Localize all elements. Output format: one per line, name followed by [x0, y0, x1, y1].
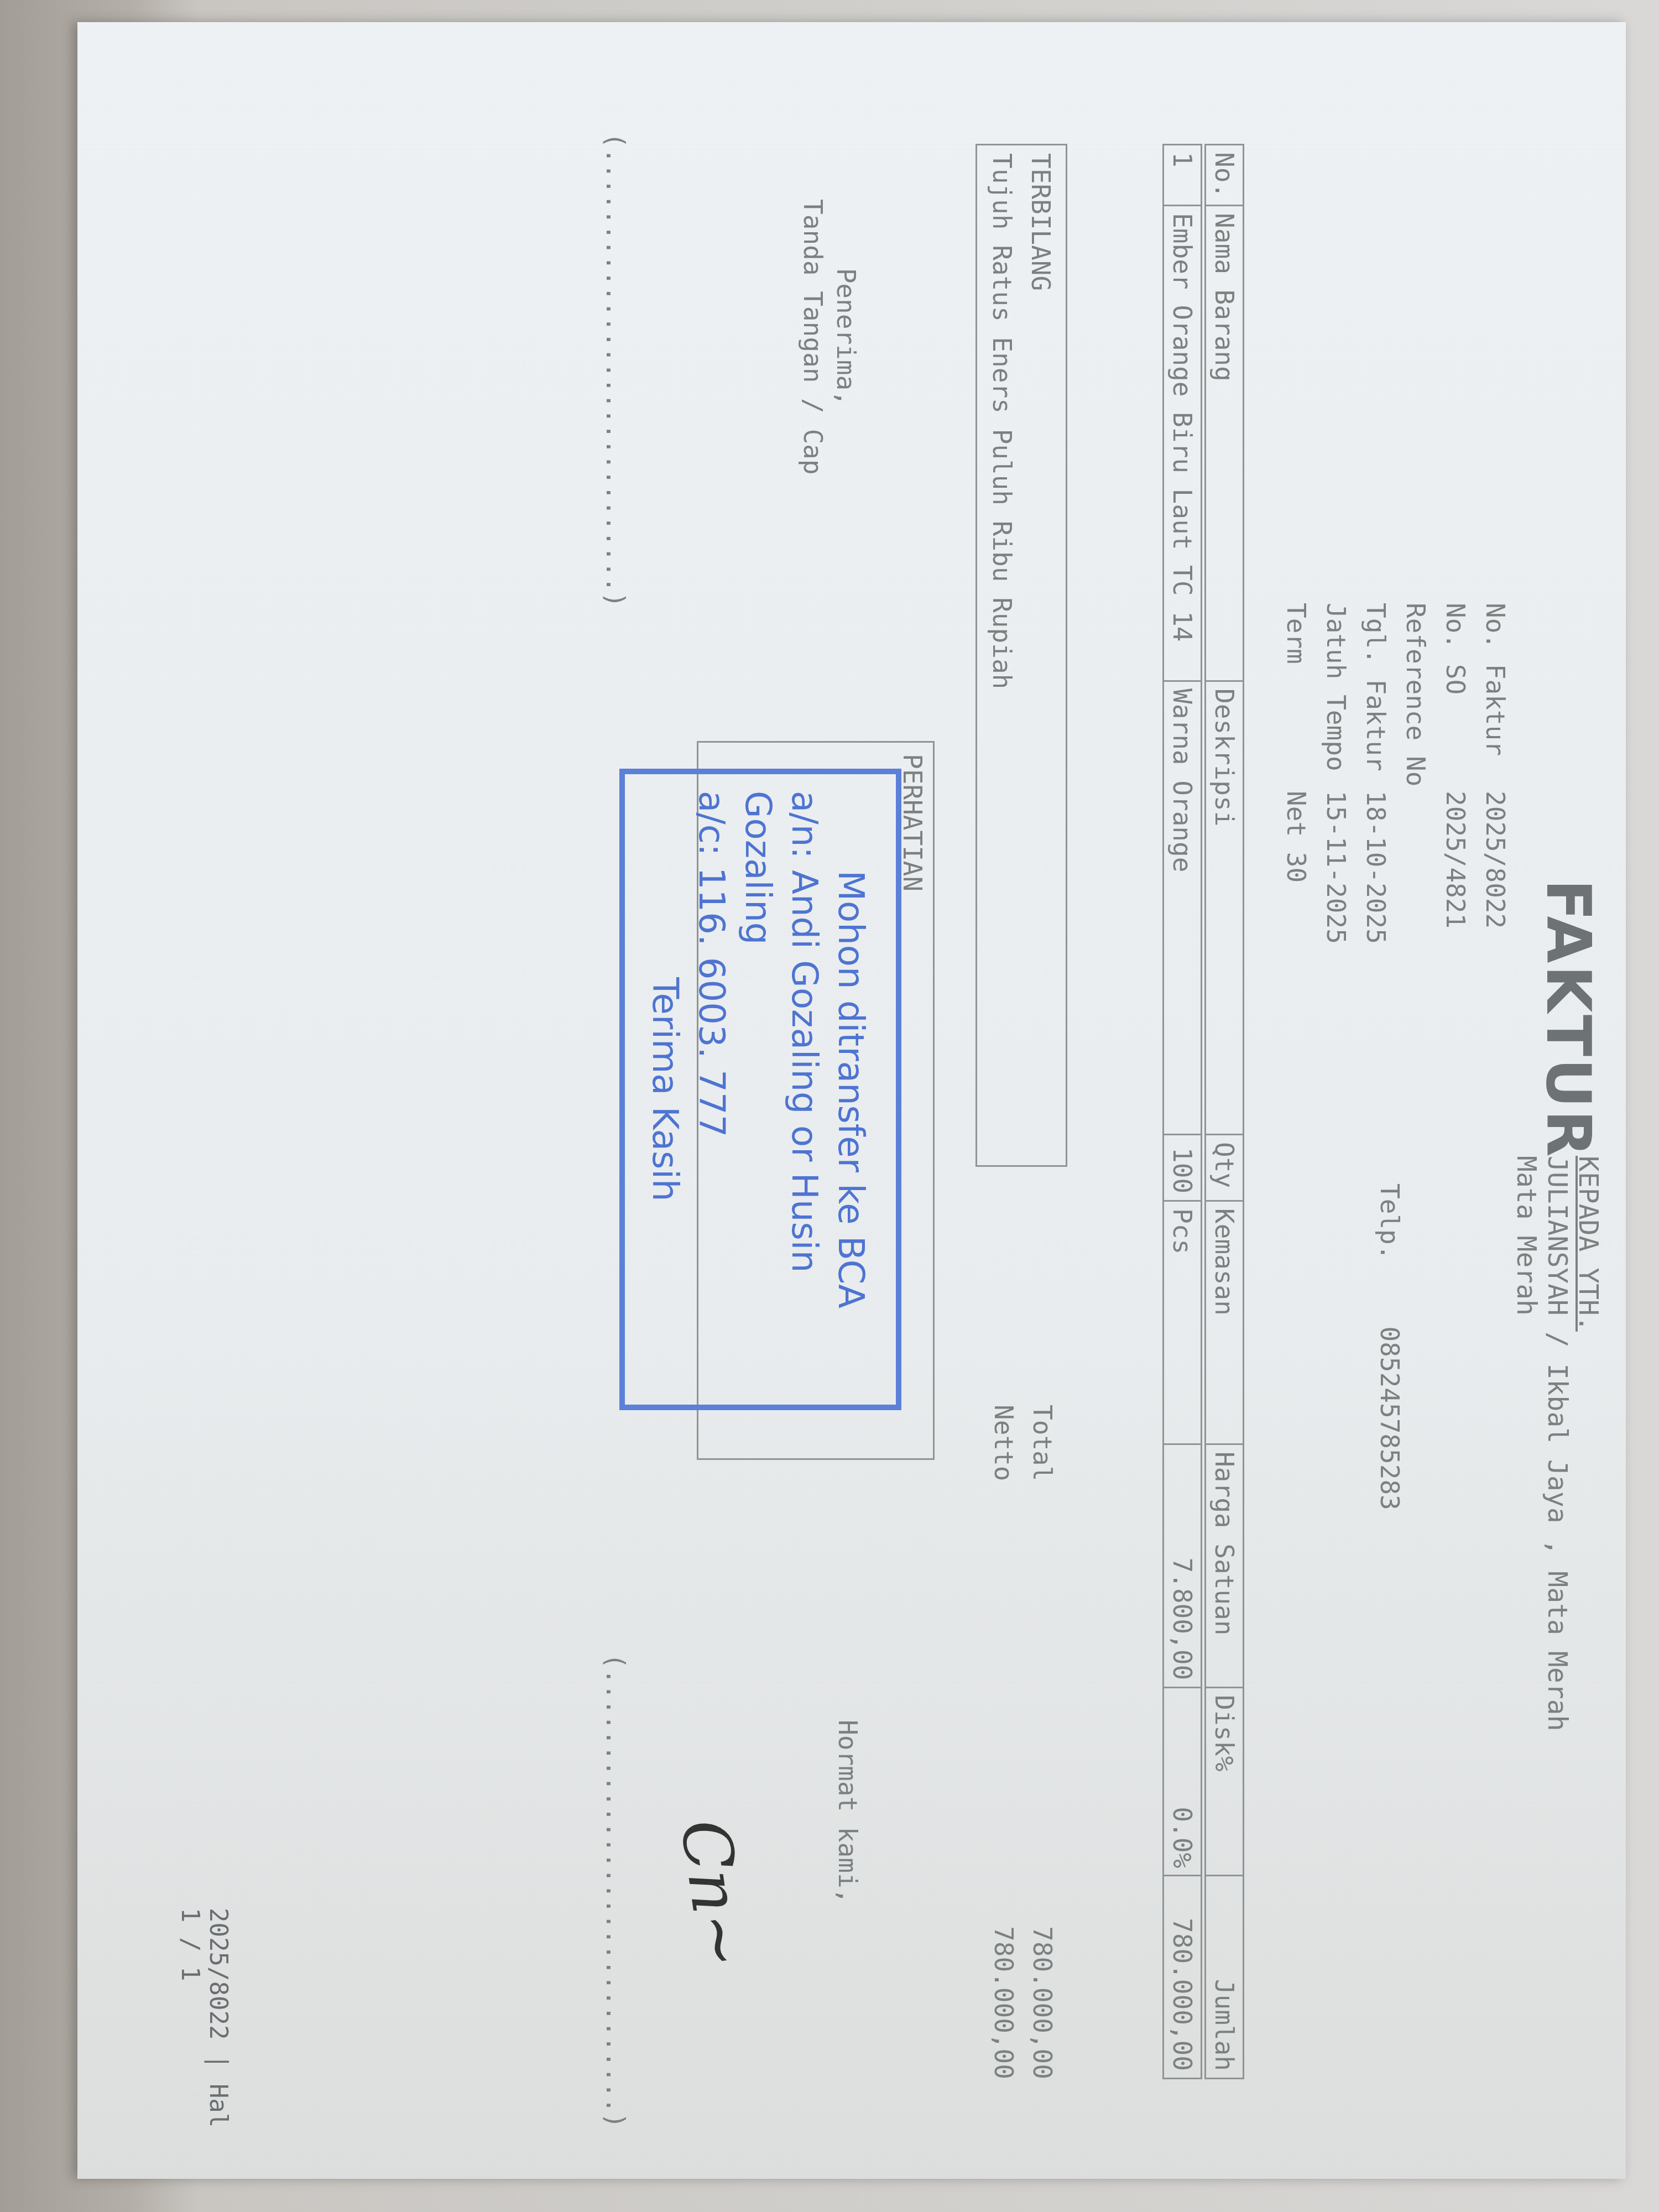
recipient-name: JULIANSYAH / Ikbal Jaya , Mata Merah	[1542, 1156, 1573, 1731]
bank-transfer-stamp: Mohon ditransfer ke BCA a/n: Andi Gozali…	[619, 769, 901, 1410]
netto-row: Netto780.000,00	[984, 1405, 1023, 2079]
terbilang-box: TERBILANG Tujuh Ratus Eners Puluh Ribu R…	[975, 144, 1067, 1167]
meta-row: TermNet 30	[1276, 603, 1316, 944]
total-row: Total780.000,00	[1023, 1405, 1062, 2079]
recipient-address: Mata Merah	[1511, 1156, 1542, 1731]
table-row: 1 Ember Orange Biru Laut TC 14 Warna Ora…	[1164, 145, 1204, 2079]
phone-label: Telp.	[1375, 1183, 1405, 1260]
terbilang-value: Tujuh Ratus Eners Puluh Ribu Rupiah	[983, 153, 1021, 1157]
receiver-signature-block: Penerima, Tanda Tangan / Cap	[796, 199, 863, 475]
recipient-phone: Telp. 085245785283	[1375, 1183, 1405, 1510]
meta-row: Jatuh Tempo15-11-2025	[1316, 603, 1356, 944]
page-footer: 2025/8022 | Hal 1 / 1	[176, 1908, 232, 2151]
terbilang-label: TERBILANG	[1021, 153, 1060, 1157]
phone-value: 085245785283	[1375, 1326, 1405, 1510]
invoice-paper: FAKTUR KEPADA YTH. JULIANSYAH / Ikbal Ja…	[77, 22, 1626, 2179]
recipient-label: KEPADA YTH.	[1573, 1156, 1604, 1731]
signature-mark: Cn~	[665, 1815, 762, 1973]
recipient-block: KEPADA YTH. JULIANSYAH / Ikbal Jaya , Ma…	[1511, 1156, 1604, 1731]
meta-row: No. SO2025/4821	[1436, 603, 1475, 944]
invoice-meta: No. Faktur2025/8022 No. SO2025/4821 Refe…	[1276, 603, 1515, 944]
invoice-content: FAKTUR KEPADA YTH. JULIANSYAH / Ikbal Ja…	[133, 50, 1626, 2151]
meta-row: Tgl. Faktur18-10-2025	[1356, 603, 1396, 944]
sender-signature-line: (.............................)	[601, 1653, 630, 2128]
receiver-signature-line: (.............................)	[601, 133, 630, 608]
table-header: No. Nama Barang Deskripsi Qty Kemasan Ha…	[1203, 145, 1244, 2079]
perhatian-label: PERHATIAN	[898, 754, 927, 891]
meta-row: No. Faktur2025/8022	[1475, 603, 1515, 944]
meta-row: Reference No	[1396, 603, 1436, 944]
totals-block: Total780.000,00 Netto780.000,00	[984, 1405, 1062, 2079]
sender-label: Hormat kami,	[833, 1720, 863, 1903]
invoice-title: FAKTUR	[1533, 879, 1604, 1159]
items-table: No. Nama Barang Deskripsi Qty Kemasan Ha…	[1162, 144, 1244, 2079]
